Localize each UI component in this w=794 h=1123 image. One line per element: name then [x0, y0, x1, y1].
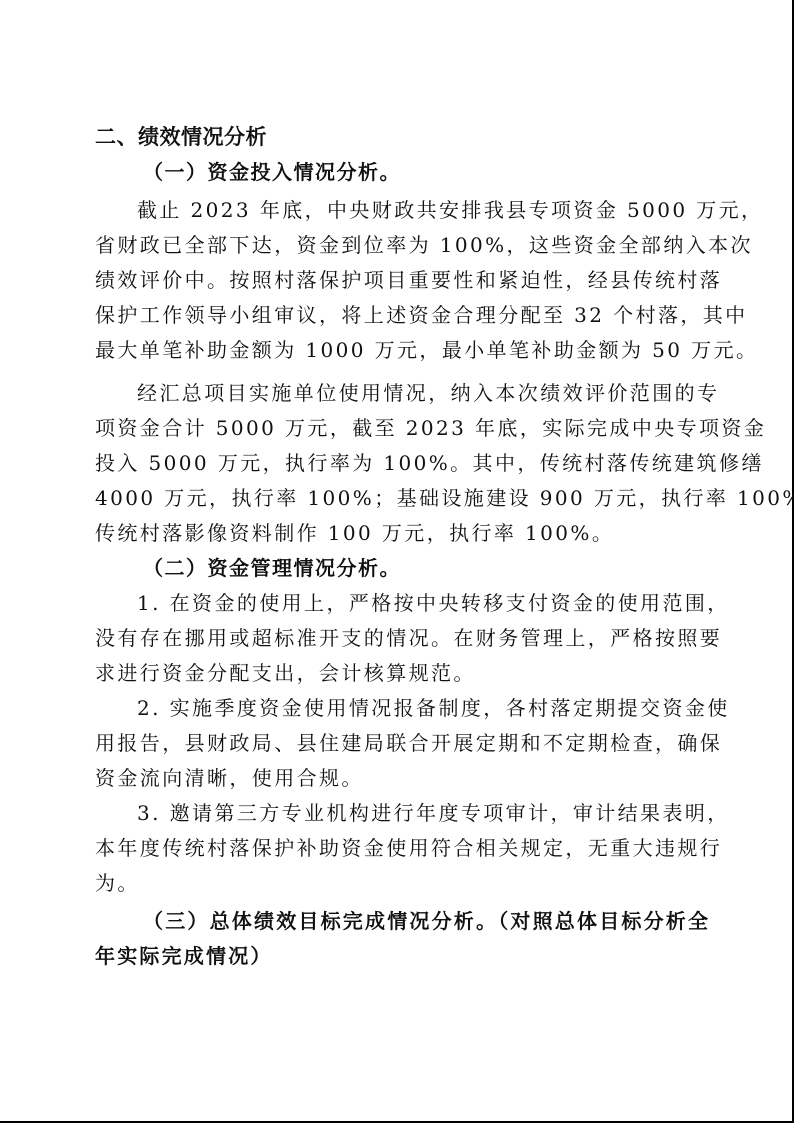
text-line: 用报告，县财政局、县住建局联合开展定期和不定期检查，确保: [95, 726, 698, 761]
text-line: 为。: [95, 866, 698, 901]
subsection-heading-2: （二）资金管理情况分析。: [95, 551, 698, 586]
text-line: 求进行资金分配支出，会计核算规范。: [95, 656, 698, 691]
document-page: 二、绩效情况分析 （一）资金投入情况分析。 截止 2023 年底，中央财政共安排…: [0, 0, 794, 1123]
text-line: 没有存在挪用或超标准开支的情况。在财务管理上，严格按照要: [95, 621, 698, 656]
text-line: 绩效评价中。按照村落保护项目重要性和紧迫性，经县传统村落: [95, 263, 698, 298]
text-line: 2. 实施季度资金使用情况报备制度，各村落定期提交资金使: [95, 691, 698, 726]
text-line: 最大单笔补助金额为 1000 万元，最小单笔补助金额为 50 万元。: [95, 333, 698, 368]
text-line: 截止 2023 年底，中央财政共安排我县专项资金 5000 万元，: [95, 193, 698, 228]
text-line: 3. 邀请第三方专业机构进行年度专项审计，审计结果表明，: [95, 796, 698, 831]
paragraph-funding-execution: 经汇总项目实施单位使用情况，纳入本次绩效评价范围的专 项资金合计 5000 万元…: [95, 376, 698, 551]
text-line: 保护工作领导小组审议，将上述资金合理分配至 32 个村落，其中: [95, 298, 698, 333]
text-line: 本年度传统村落保护补助资金使用符合相关规定，无重大违规行: [95, 831, 698, 866]
text-line: 4000 万元，执行率 100%；基础设施建设 900 万元，执行率 100%；: [95, 481, 698, 516]
document-body: 二、绩效情况分析 （一）资金投入情况分析。 截止 2023 年底，中央财政共安排…: [95, 120, 698, 974]
paragraph-management-2: 2. 实施季度资金使用情况报备制度，各村落定期提交资金使 用报告，县财政局、县住…: [95, 691, 698, 796]
heading-line: 年实际完成情况）: [95, 939, 698, 974]
paragraph-management-3: 3. 邀请第三方专业机构进行年度专项审计，审计结果表明， 本年度传统村落保护补助…: [95, 796, 698, 901]
text-line: 省财政已全部下达，资金到位率为 100%，这些资金全部纳入本次: [95, 228, 698, 263]
subsection-heading-1: （一）资金投入情况分析。: [95, 155, 698, 190]
text-line: 传统村落影像资料制作 100 万元，执行率 100%。: [95, 516, 698, 551]
text-line: 投入 5000 万元，执行率为 100%。其中，传统村落传统建筑修缮: [95, 446, 698, 481]
subsection-heading-3: （三）总体绩效目标完成情况分析。（对照总体目标分析全 年实际完成情况）: [95, 904, 698, 974]
text-line: 资金流向清晰，使用合规。: [95, 761, 698, 796]
heading-line: （三）总体绩效目标完成情况分析。（对照总体目标分析全: [95, 904, 698, 939]
text-line: 1. 在资金的使用上，严格按中央转移支付资金的使用范围，: [95, 586, 698, 621]
text-line: 项资金合计 5000 万元，截至 2023 年底，实际完成中央专项资金: [95, 411, 698, 446]
paragraph-management-1: 1. 在资金的使用上，严格按中央转移支付资金的使用范围， 没有存在挪用或超标准开…: [95, 586, 698, 691]
section-title: 二、绩效情况分析: [95, 120, 698, 155]
text-line: 经汇总项目实施单位使用情况，纳入本次绩效评价范围的专: [95, 376, 698, 411]
paragraph-funding-allocation: 截止 2023 年底，中央财政共安排我县专项资金 5000 万元， 省财政已全部…: [95, 193, 698, 368]
